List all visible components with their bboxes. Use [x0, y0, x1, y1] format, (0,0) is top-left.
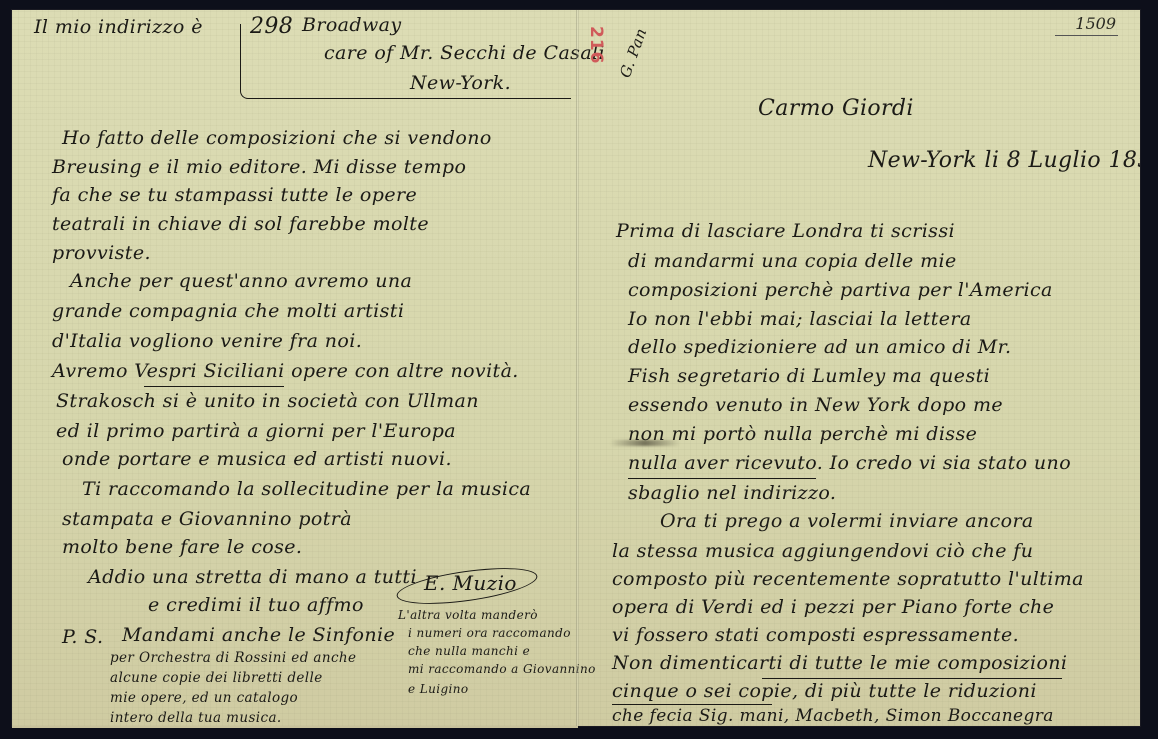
archive-number: 216: [586, 26, 606, 65]
body-line: cinque o sei copie, di più tutte le ridu…: [612, 680, 1037, 702]
body-line: Ho fatto delle composizioni che si vendo…: [62, 127, 492, 149]
address-city: New-York.: [410, 72, 511, 94]
postscript-line: mie opere, ed un catalogo: [110, 690, 298, 706]
ink-smudge: [610, 440, 680, 446]
closing-line: Addio una stretta di mano a tutti: [88, 566, 417, 588]
body-line: opera di Verdi ed i pezzi per Piano fort…: [612, 596, 1054, 618]
right-page: 216 1509 G. Pan Carmo Giordi New-York li…: [578, 10, 1140, 726]
body-line: stampata e Giovannino potrà: [62, 508, 352, 530]
body-line: dello spedizioniere ad un amico di Mr.: [628, 336, 1011, 358]
signature: E. Muzio: [396, 565, 546, 605]
body-line: Ora ti prego a volermi inviare ancora: [660, 510, 1034, 532]
body-line: Io non l'ebbi mai; lasciai la lettera: [628, 308, 972, 330]
address-number: 298: [250, 14, 293, 39]
body-line: sbaglio nel indirizzo.: [628, 482, 836, 504]
body-line: Non dimenticarti di tutte le mie composi…: [612, 652, 1067, 674]
body-line: la stessa musica aggiungendovi ciò che f…: [612, 540, 1033, 562]
body-line: molto bene fare le cose.: [62, 536, 302, 558]
body-line: ed il primo partirà a giorni per l'Europ…: [56, 420, 456, 442]
body-line: onde portare e musica ed artisti nuovi.: [62, 448, 452, 470]
body-line: Breusing e il mio editore. Mi disse temp…: [52, 156, 466, 178]
body-line: non mi portò nulla perchè mi disse: [628, 423, 977, 445]
body-line: nulla aver ricevuto. Io credo vi sia sta…: [628, 452, 1071, 474]
body-line: vi fossero stati composti espressamente.: [612, 624, 1019, 646]
folio-number: 1509: [1055, 14, 1118, 36]
side-note-line: mi raccomando a Giovannino: [408, 662, 596, 676]
left-page: Il mio indirizzo è 298 Broadway care of …: [12, 10, 578, 728]
address-care-of: care of Mr. Secchi de Casali: [324, 42, 605, 64]
body-line: composto più recentemente sopratutto l'u…: [612, 568, 1084, 590]
side-note-line: L'altra volta manderò: [398, 608, 538, 622]
closing-line: e credimi il tuo affmo: [148, 594, 364, 616]
body-line: Ti raccomando la sollecitudine per la mu…: [82, 478, 531, 500]
underline-nulla-aver-ricevuto: [628, 478, 816, 479]
body-line: essendo venuto in New York dopo me: [628, 394, 1003, 416]
postscript-line: alcune copie dei libretti delle: [110, 670, 323, 686]
postscript-line: Mandami anche le Sinfonie: [122, 624, 395, 646]
side-note-line: e Luigino: [408, 682, 469, 696]
body-line: Prima di lasciare Londra ti scrissi: [616, 220, 955, 242]
body-line: d'Italia vogliono venire fra noi.: [52, 330, 362, 352]
address-street: Broadway: [302, 14, 402, 36]
body-line: composizioni perchè partiva per l'Americ…: [628, 279, 1053, 301]
body-line: Fish segretario di Lumley ma questi: [628, 365, 990, 387]
body-line: fa che se tu stampassi tutte le opere: [52, 184, 417, 206]
address-label: Il mio indirizzo è: [34, 16, 203, 38]
body-line: di mandarmi una copia delle mie: [628, 250, 957, 272]
body-line: Avremo Vespri Siciliani opere con altre …: [52, 360, 519, 382]
body-line: Strakosch si è unito in società con Ullm…: [56, 390, 479, 412]
signature-text: E. Muzio: [424, 571, 517, 595]
underline-vespri: [144, 386, 284, 387]
place-date: New-York li 8 Luglio 1859: [868, 148, 1158, 173]
salutation: Carmo Giordi: [758, 96, 914, 121]
body-line: teatrali in chiave di sol farebbe molte: [52, 213, 429, 235]
side-note-line: i numeri ora raccomando: [408, 626, 571, 640]
body-line: grande compagnia che molti artisti: [52, 300, 404, 322]
body-line: Anche per quest'anno avremo una: [70, 270, 412, 292]
postscript-line: intero della tua musica.: [110, 710, 282, 726]
side-note-line: che nulla manchi e: [408, 644, 530, 658]
postscript-line: per Orchestra di Rossini ed anche: [110, 650, 356, 666]
postscript-label: P. S.: [62, 626, 103, 648]
monogram: G. Pan: [616, 26, 651, 80]
body-line: provviste.: [52, 242, 151, 264]
body-line: che fecia Sig. mani, Macbeth, Simon Bocc…: [612, 706, 1054, 726]
letter-sheet: Il mio indirizzo è 298 Broadway care of …: [12, 10, 1140, 726]
